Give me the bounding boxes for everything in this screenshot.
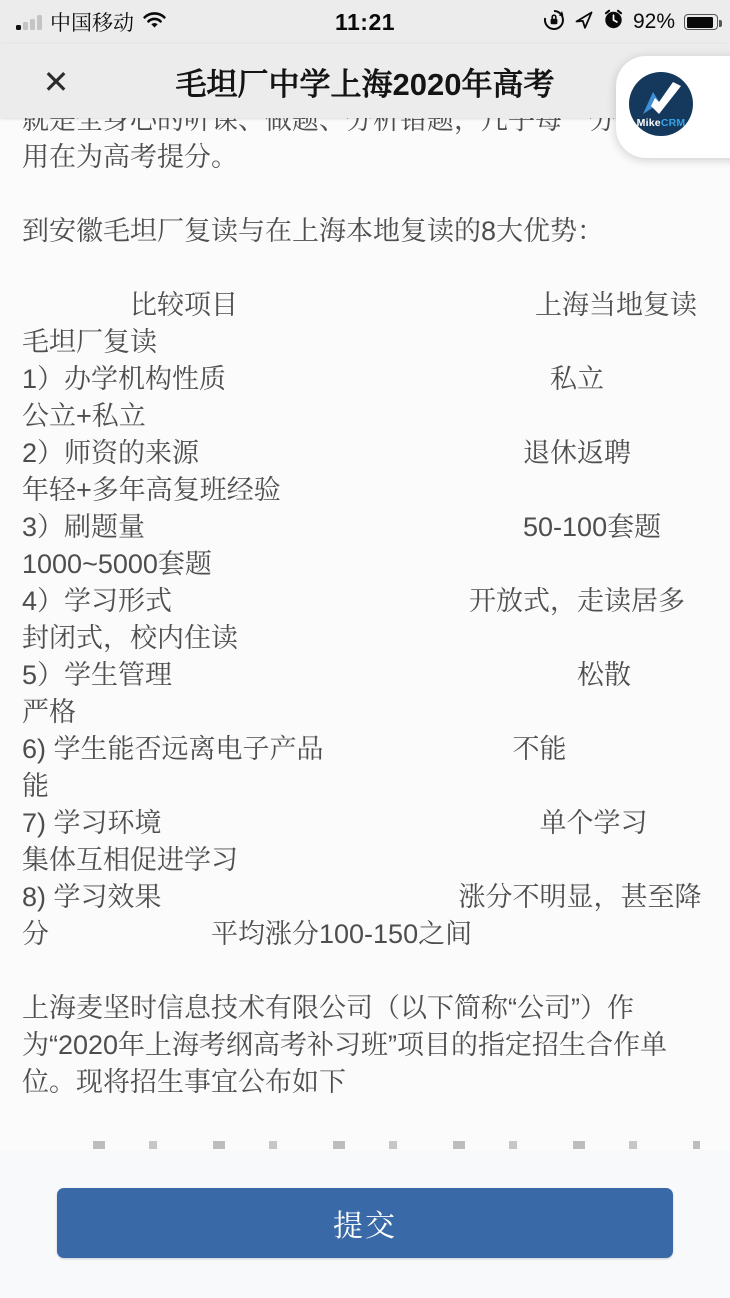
text-line: 就是全身心的听课、做题、分析错题，几乎每一分 xyxy=(22,118,708,139)
rotation-lock-icon xyxy=(543,9,565,36)
mikecrm-badge[interactable]: MikeCRM xyxy=(616,56,730,158)
text-line xyxy=(22,176,708,213)
text-line: 用在为高考提分。 xyxy=(22,139,708,176)
text-line: 1000~5000套题 xyxy=(22,546,708,583)
text-line: 4）学习形式 开放式，走读居多 xyxy=(22,583,708,620)
text-line: 毛坦厂复读 xyxy=(22,324,708,361)
text-line: 比较项目 上海当地复读 xyxy=(22,287,708,324)
alarm-clock-icon xyxy=(603,9,624,35)
location-arrow-icon xyxy=(574,10,594,35)
phone-screen: 中国移动 11:21 xyxy=(0,0,730,1298)
text-line: 6) 学生能否远离电子产品 不能 xyxy=(22,731,708,768)
text-line: 能 xyxy=(22,768,708,805)
form-text-content: 就是全身心的听课、做题、分析错题，几乎每一分用在为高考提分。到安徽毛坦厂复读与在… xyxy=(0,118,730,1150)
text-line xyxy=(22,953,708,990)
text-line: 公立+私立 xyxy=(22,398,708,435)
mikecrm-wordmark: MikeCRM xyxy=(629,117,693,129)
text-line: 8) 学习效果 涨分不明显，甚至降 xyxy=(22,879,708,916)
text-line: 位。现将招生事宜公布如下 xyxy=(22,1064,708,1101)
battery-icon xyxy=(684,14,718,30)
text-line xyxy=(22,250,708,287)
text-line: 7) 学习环境 单个学习 xyxy=(22,805,708,842)
submit-button[interactable]: 提交 xyxy=(57,1188,673,1258)
footer-bar: 提交 xyxy=(0,1150,730,1298)
text-line: 到安徽毛坦厂复读与在上海本地复读的8大优势： xyxy=(22,213,708,250)
battery-percent-label: 92% xyxy=(633,10,675,34)
text-line: 2）师资的来源 退休返聘 xyxy=(22,435,708,472)
text-line: 1）办学机构性质 私立 xyxy=(22,361,708,398)
text-line: 为“2020年上海考纲高考补习班”项目的指定招生合作单 xyxy=(22,1027,708,1064)
status-right-cluster: 92% xyxy=(543,0,718,44)
text-line: 分 平均涨分100-150之间 xyxy=(22,916,708,953)
text-line: 集体互相促进学习 xyxy=(22,842,708,879)
close-button[interactable]: ✕ xyxy=(34,60,78,104)
text-line: 年轻+多年高复班经验 xyxy=(22,472,708,509)
text-line: 5）学生管理 松散 xyxy=(22,657,708,694)
text-line: 严格 xyxy=(22,694,708,731)
clipped-text-line xyxy=(75,1141,700,1149)
text-line: 上海麦坚时信息技术有限公司（以下简称“公司”）作 xyxy=(22,990,708,1027)
text-line: 3）刷题量 50-100套题 xyxy=(22,509,708,546)
text-line: 封闭式，校内住读 xyxy=(22,620,708,657)
status-bar: 中国移动 11:21 xyxy=(0,0,730,44)
mikecrm-logo-icon: MikeCRM xyxy=(629,72,693,136)
